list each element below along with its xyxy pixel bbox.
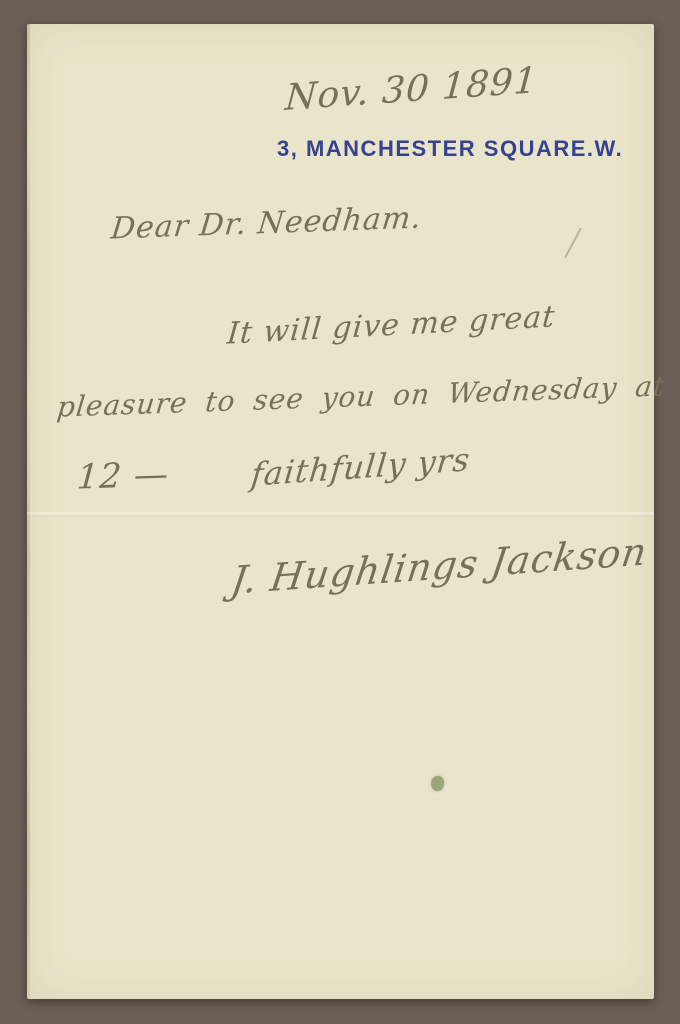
printed-letterhead-address: 3, MANCHESTER SQUARE.W. (277, 136, 623, 162)
ink-stain (431, 776, 444, 791)
fold-crease (27, 512, 654, 517)
signature: J. Hughlings Jackson (228, 529, 650, 603)
body-line-3-time: 12 — (76, 454, 171, 497)
scan-background: { "scan": { "background_color": "#6b6057… (0, 0, 680, 1024)
handwritten-date: Nov. 30 1891 (284, 60, 539, 119)
pencil-mark (564, 228, 582, 259)
body-line-1: It will give me great (226, 299, 557, 351)
letter-paper: Nov. 30 1891 3, MANCHESTER SQUARE.W. Dea… (27, 24, 654, 999)
body-line-2: pleasure to see you on Wednesday at (55, 369, 667, 423)
salutation: Dear Dr. Needham. (109, 200, 423, 246)
closing-valediction: faithfully yrs (249, 440, 472, 494)
